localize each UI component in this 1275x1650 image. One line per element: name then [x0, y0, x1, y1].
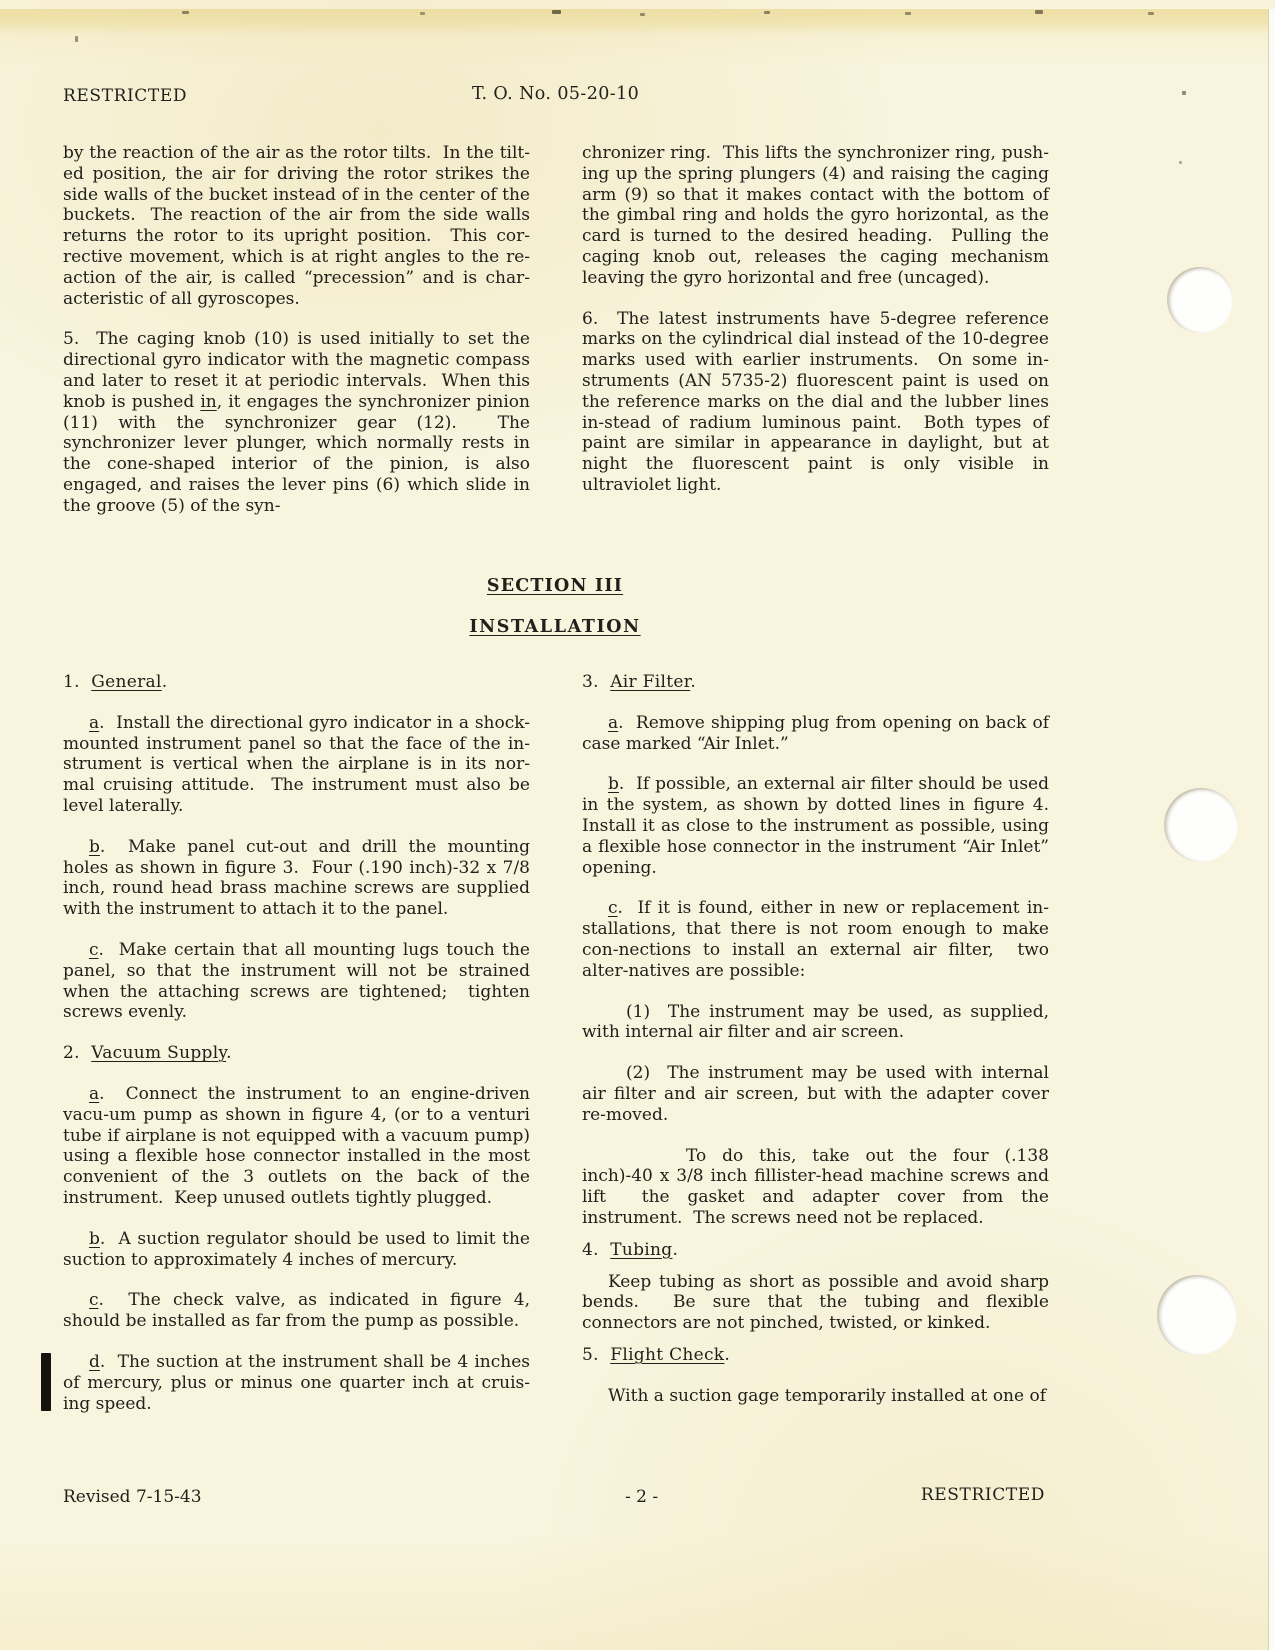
scan-speck: [764, 11, 770, 14]
punch-hole: [1157, 1275, 1237, 1355]
paper-torn-top-edge: [0, 9, 1275, 35]
paragraph: c. If it is found, either in new or repl…: [582, 898, 1049, 981]
scan-speck: [640, 13, 645, 16]
scanned-document-page: { "header": { "classification": "RESTRIC…: [0, 0, 1275, 1650]
paragraph: 5. Flight Check.: [582, 1345, 1049, 1366]
scan-speck: [1148, 12, 1154, 15]
paragraph: (2) The instrument may be used with inte…: [582, 1063, 1049, 1125]
header-classification: RESTRICTED: [63, 86, 187, 106]
scan-speck: [905, 12, 911, 15]
paper-right-edge: [1268, 9, 1275, 1650]
paragraph: 4. Tubing.: [582, 1240, 1049, 1261]
paragraph: (1) The instrument may be used, as suppl…: [582, 1002, 1049, 1044]
top-text-columns: by the reaction of the air as the rotor …: [63, 143, 1049, 517]
paragraph: 1. General.: [63, 672, 530, 693]
footer-page-number: - 2 -: [625, 1487, 658, 1507]
section-heading-block: SECTION III INSTALLATION: [0, 576, 1110, 637]
scan-speck: [1179, 161, 1182, 164]
paragraph: 5. The caging knob (10) is used initiall…: [63, 329, 530, 516]
paragraph: d. The suction at the instrument shall b…: [63, 1352, 530, 1414]
scan-speck: [182, 11, 189, 14]
paragraph: With a suction gage temporarily installe…: [582, 1386, 1049, 1407]
paragraph: b. A suction regulator should be used to…: [63, 1229, 530, 1271]
installation-right-column: 3. Air Filter.a. Remove shipping plug fr…: [582, 672, 1049, 1414]
paragraph: c. The check valve, as indicated in figu…: [63, 1290, 530, 1332]
paragraph: a. Remove shipping plug from opening on …: [582, 713, 1049, 755]
scan-speck: [1182, 91, 1186, 95]
scan-speck: [552, 10, 561, 14]
paragraph: a. Connect the instrument to an engine-d…: [63, 1084, 530, 1209]
paragraph: To do this, take out the four (.138 inch…: [582, 1146, 1049, 1229]
section-subtitle: INSTALLATION: [0, 617, 1110, 637]
header-to-number: T. O. No. 05-20-10: [472, 84, 639, 104]
top-right-column: chronizer ring. This lifts the synchroni…: [582, 143, 1049, 517]
paragraph: Keep tubing as short as possible and avo…: [582, 1272, 1049, 1334]
paragraph: chronizer ring. This lifts the synchroni…: [582, 143, 1049, 289]
paragraph: c. Make certain that all mounting lugs t…: [63, 940, 530, 1023]
paragraph: b. If possible, an external air filter s…: [582, 774, 1049, 878]
scan-speck: [420, 12, 425, 15]
paragraph: a. Install the directional gyro indicato…: [63, 713, 530, 817]
punch-hole: [1164, 788, 1238, 862]
punch-hole: [1167, 267, 1233, 333]
installation-text-columns: 1. General.a. Install the directional gy…: [63, 672, 1049, 1414]
paragraph: by the reaction of the air as the rotor …: [63, 143, 530, 309]
section-title: SECTION III: [0, 576, 1110, 596]
paragraph: 3. Air Filter.: [582, 672, 1049, 693]
paragraph: 6. The latest instruments have 5-degree …: [582, 309, 1049, 496]
top-left-column: by the reaction of the air as the rotor …: [63, 143, 530, 517]
scan-speck: [75, 36, 78, 42]
footer-classification: RESTRICTED: [921, 1485, 1045, 1505]
scan-speck: [1035, 10, 1043, 14]
paragraph: b. Make panel cut-out and drill the moun…: [63, 837, 530, 920]
footer-revised-date: Revised 7-15-43: [63, 1487, 202, 1507]
paragraph: 2. Vacuum Supply.: [63, 1043, 530, 1064]
installation-left-column: 1. General.a. Install the directional gy…: [63, 672, 530, 1414]
